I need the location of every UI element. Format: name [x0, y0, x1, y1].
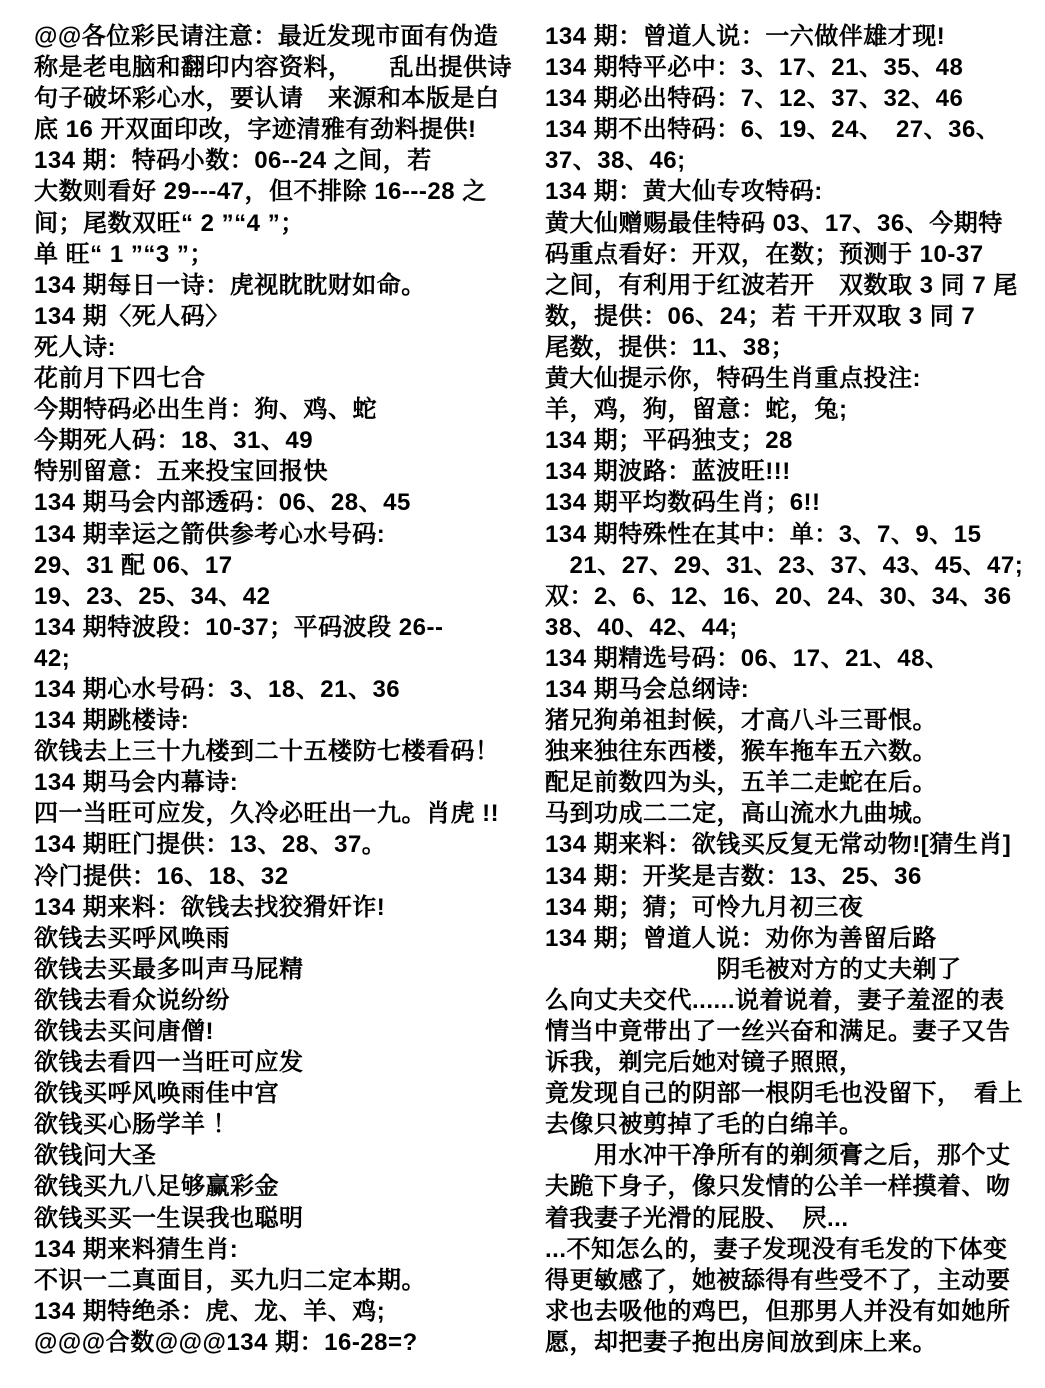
text-line: 配足前数四为头，五羊二走蛇在后。	[545, 767, 1037, 798]
text-line: 欲钱买心肠学羊 ！	[34, 1109, 534, 1140]
text-line: 19、23、25、34、42	[34, 581, 534, 612]
text-line: 134 期特殊性在其中：单：3、7、9、15	[545, 519, 1037, 550]
text-line: 黄大仙赠赐最佳特码 03、17、36、今期特	[545, 208, 1037, 239]
text-line: 欲钱去买问唐僧!	[34, 1016, 534, 1047]
text-line: 黄大仙提示你，特码生肖重点投注:	[545, 363, 1037, 394]
text-line: 134 期不出特码：6、19、24、 27、36、	[545, 114, 1037, 145]
text-line: 花前月下四七合	[34, 363, 534, 394]
text-line: 欲钱去买最多叫声马屁精	[34, 954, 534, 985]
text-line: 双：2、6、12、16、20、24、30、34、36	[545, 581, 1037, 612]
text-line: 羊，鸡，狗，留意：蛇，兔;	[545, 394, 1037, 425]
text-line: 134 期〈死人码〉	[34, 301, 534, 332]
text-line: 134 期来料猜生肖:	[34, 1234, 534, 1265]
text-line: 今期特码必出生肖：狗、鸡、蛇	[34, 394, 534, 425]
text-line: 码重点看好：开双，在数；预测于 10-37	[545, 239, 1037, 270]
lottery-tips-page: @@各位彩民请注意：最近发现市面有伪造称是老电脑和翻印内容资料， 乱出提供诗句子…	[0, 0, 1045, 1388]
text-line: 马到功成二二定，高山流水九曲城。	[545, 798, 1037, 829]
text-line: 134 期马会内部透码：06、28、45	[34, 487, 534, 518]
text-line: 间；尾数双旺“ 2 ”“4 ”；	[34, 208, 534, 239]
text-line: 欲钱买呼风唤雨佳中宫	[34, 1078, 534, 1109]
text-line: 欲钱去上三十九楼到二十五楼防七楼看码！	[34, 736, 534, 767]
left-text-column: @@各位彩民请注意：最近发现市面有伪造称是老电脑和翻印内容资料， 乱出提供诗句子…	[34, 21, 534, 1358]
text-line: 欲钱去看四一当旺可应发	[34, 1047, 534, 1078]
text-line: 134 期：开奖是吉数：13、25、36	[545, 861, 1037, 892]
text-line: 134 期波路：蓝波旺!!!	[545, 456, 1037, 487]
text-line: 愿，却把妻子抱出房间放到床上来。	[545, 1327, 1037, 1358]
text-line: 之间，有利用于红波若开 双数取 3 同 7 尾	[545, 270, 1037, 301]
text-line: 数，提供：06、24；若 干开双取 3 同 7	[545, 301, 1037, 332]
text-line: 夫跪下身子，像只发情的公羊一样摸着、吻	[545, 1171, 1037, 1202]
text-line: 么向丈夫交代......说着说着，妻子羞涩的表	[545, 985, 1037, 1016]
text-line: 37、38、46;	[545, 145, 1037, 176]
text-line: 求也去吸他的鸡巴，但那男人并没有如她所	[545, 1296, 1037, 1327]
text-line: 42;	[34, 643, 534, 674]
text-line: 134 期旺门提供：13、28、37。	[34, 829, 534, 860]
text-line: 底 16 开双面印改，字迹清雅有劲料提供!	[34, 114, 534, 145]
text-line: @@各位彩民请注意：最近发现市面有伪造	[34, 21, 534, 52]
text-line: 着我妻子光滑的屁股、 屄...	[545, 1203, 1037, 1234]
text-line: 四一当旺可应发，久冷必旺出一九。肖虎 !!	[34, 798, 534, 829]
text-line: 去像只被剪掉了毛的白绵羊。	[545, 1109, 1037, 1140]
text-line: 欲钱去看众说纷纷	[34, 985, 534, 1016]
text-line: 欲钱买九八足够赢彩金	[34, 1171, 534, 1202]
text-line: 欲钱买买一生误我也聪明	[34, 1203, 534, 1234]
text-line: 阴毛被对方的丈夫剃了	[545, 954, 1037, 985]
text-line: 134 期必出特码：7、12、37、32、46	[545, 83, 1037, 114]
text-line: 用水冲干净所有的剃须膏之后，那个丈	[545, 1140, 1037, 1171]
text-line: 冷门提供：16、18、32	[34, 861, 534, 892]
text-line: 38、40、42、44;	[545, 612, 1037, 643]
text-line: 134 期心水号码：3、18、21、36	[34, 674, 534, 705]
text-line: 134 期；猜；可怜九月初三夜	[545, 892, 1037, 923]
text-line: 独来独往东西楼，猴车拖车五六数。	[545, 736, 1037, 767]
text-line: 死人诗:	[34, 332, 534, 363]
text-line: 134 期每日一诗：虎视眈眈财如命。	[34, 270, 534, 301]
text-line: 134 期马会内幕诗:	[34, 767, 534, 798]
text-line: @@@合数@@@134 期：16-28=?	[34, 1327, 534, 1358]
text-line: 得更敏感了，她被舔得有些受不了，主动要	[545, 1265, 1037, 1296]
text-line: 134 期：曾道人说：一六做伴雄才现!	[545, 21, 1037, 52]
text-line: 134 期平均数码生肖；6!!	[545, 487, 1037, 518]
text-line: 134 期来料：欲钱买反复无常动物![猜生肖]	[545, 829, 1037, 860]
text-line: 欲钱问大圣	[34, 1140, 534, 1171]
right-text-column: 134 期：曾道人说：一六做伴雄才现!134 期特平必中：3、17、21、35、…	[545, 21, 1037, 1358]
text-line: 134 期特平必中：3、17、21、35、48	[545, 52, 1037, 83]
text-line: 尾数，提供：11、38；	[545, 332, 1037, 363]
text-line: 欲钱去买呼风唤雨	[34, 923, 534, 954]
text-line: 特别留意：五来投宝回报快	[34, 456, 534, 487]
text-line: 134 期马会总纲诗:	[545, 674, 1037, 705]
text-line: 134 期；平码独支；28	[545, 425, 1037, 456]
text-line: 猪兄狗弟祖封候，才高八斗三哥恨。	[545, 705, 1037, 736]
text-line: 134 期：特码小数：06--24 之间，若	[34, 145, 534, 176]
text-line: ...不知怎么的，妻子发现没有毛发的下体变	[545, 1234, 1037, 1265]
text-line: 134 期跳楼诗:	[34, 705, 534, 736]
text-line: 21、27、29、31、23、37、43、45、47;	[545, 550, 1037, 581]
text-line: 29、31 配 06、17	[34, 550, 534, 581]
text-line: 134 期特波段：10-37；平码波段 26--	[34, 612, 534, 643]
text-line: 134 期特绝杀：虎、龙、羊、鸡;	[34, 1296, 534, 1327]
text-line: 诉我，剃完后她对镜子照照，	[545, 1047, 1037, 1078]
text-line: 134 期精选号码：06、17、21、48、	[545, 643, 1037, 674]
text-line: 134 期：黄大仙专攻特码:	[545, 176, 1037, 207]
text-line: 句子破坏彩心水，要认请 来源和本版是白	[34, 83, 534, 114]
text-line: 单 旺“ 1 ”“3 ”；	[34, 239, 534, 270]
text-line: 大数则看好 29---47，但不排除 16---28 之	[34, 176, 534, 207]
text-line: 134 期幸运之箭供参考心水号码:	[34, 519, 534, 550]
text-line: 今期死人码：18、31、49	[34, 425, 534, 456]
text-line: 不识一二真面目，买九归二定本期。	[34, 1265, 534, 1296]
text-line: 情当中竟带出了一丝兴奋和满足。妻子又告	[545, 1016, 1037, 1047]
text-line: 134 期；曾道人说：劝你为善留后路	[545, 923, 1037, 954]
text-line: 134 期来料：欲钱去找狡猾奸诈!	[34, 892, 534, 923]
text-line: 竟发现自己的阴部一根阴毛也没留下， 看上	[545, 1078, 1037, 1109]
text-line: 称是老电脑和翻印内容资料， 乱出提供诗	[34, 52, 534, 83]
